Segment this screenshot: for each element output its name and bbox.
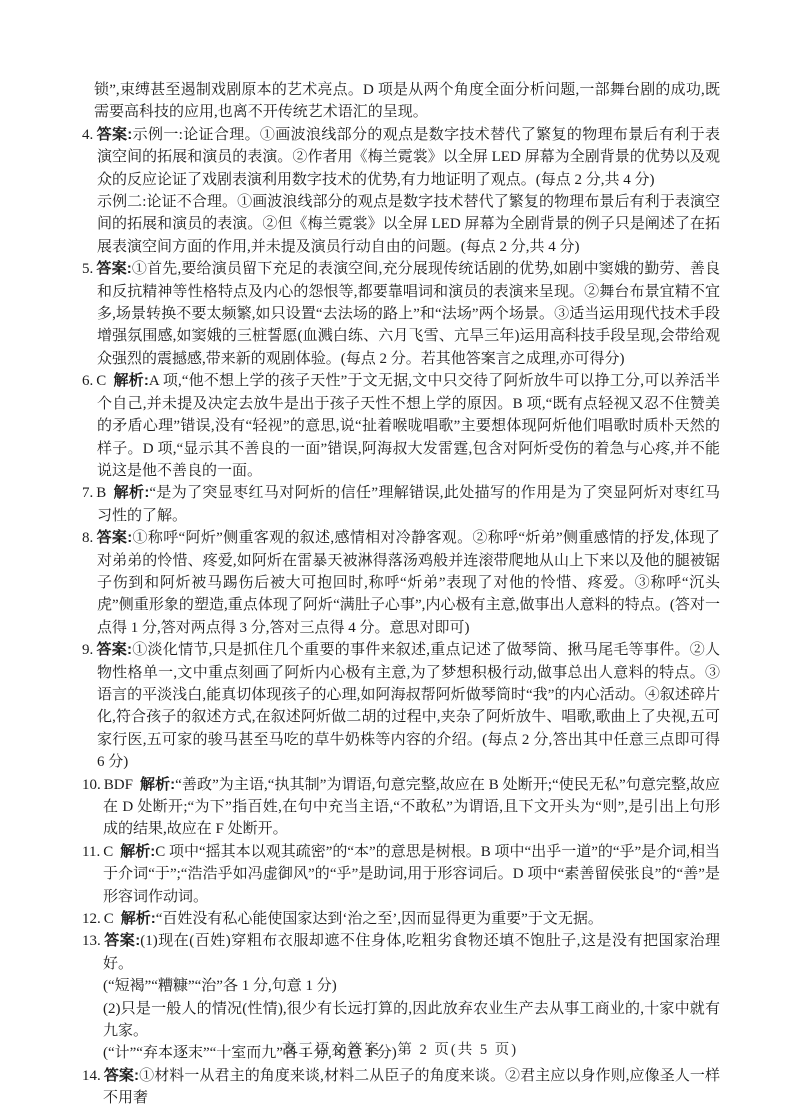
item-4-text-1: 示例一:论证合理。①画波浪线部分的观点是数字技术替代了繁复的物理布景后有利于表演… — [97, 127, 720, 188]
item-13-number: 13. — [82, 933, 101, 949]
item-14-number: 14. — [82, 1068, 101, 1084]
item-6-text-1: A 项,“他不想上学的孩子天性”于文无据,文中只交待了阿炘放牛可以挣工分,可以养… — [97, 373, 720, 479]
item-7: 7.B解析:“是为了突显枣红马对阿炘的信任”理解错误,此处描写的作用是为了突显阿… — [82, 482, 720, 527]
item-7-text-1: “是为了突显枣红马对阿炘的信任”理解错误,此处描写的作用是为了突显阿炘对枣红马习… — [97, 485, 720, 523]
item-7-number: 7. — [82, 485, 93, 501]
item-8-number: 8. — [82, 530, 93, 546]
item-9-label: 答案: — [96, 641, 132, 658]
item-11-label: 解析: — [120, 843, 155, 860]
item-10-text-1: “善政”为主语,“执其制”为谓语,句意完整,故应在 B 处断开;“使民无私”句意… — [103, 777, 720, 838]
page-footer: 高三语文答案 第 2 页(共 5 页) — [0, 1038, 800, 1059]
item-5-para-1: 5.答案:①首先,要给演员留下充足的表演空间,充分展现传统话剧的优势,如剧中窦娥… — [82, 258, 720, 370]
item-4-label: 答案: — [96, 126, 132, 143]
item-8-text-1: ①称呼“阿炘”侧重客观的叙述,感情相对冷静客观。②称呼“炘弟”侧重感情的抒发,体… — [97, 530, 720, 636]
item-9-number: 9. — [82, 642, 93, 658]
item-4-number: 4. — [82, 127, 93, 143]
item-11-answer-letter: C — [103, 844, 113, 860]
item-9: 9.答案:①淡化情节,只是抓住几个重要的事件来叙述,重点记述了做琴筒、揪马尾毛等… — [82, 639, 720, 773]
item-14-text-1: ①材料一从君主的角度来谈,材料二从臣子的角度来谈。②君主应以身作则,应像圣人一样… — [103, 1068, 720, 1106]
item-8-label: 答案: — [96, 529, 132, 546]
item-13-text-1: (1)现在(百姓)穿粗布衣服却遮不住身体,吃粗劣食物还填不饱肚子,这是没有把国家… — [103, 933, 720, 971]
item-5: 5.答案:①首先,要给演员留下充足的表演空间,充分展现传统话剧的优势,如剧中窦娥… — [82, 258, 720, 370]
item-9-para-1: 9.答案:①淡化情节,只是抓住几个重要的事件来叙述,重点记述了做琴筒、揪马尾毛等… — [82, 639, 720, 773]
item-12-text-1: “百姓没有私心能使国家达到‘治之至’,因而显得更为重要”于文无据。 — [156, 911, 603, 927]
item-14-para-1: 14.答案:①材料一从君主的角度来谈,材料二从臣子的角度来谈。②君主应以身作则,… — [82, 1065, 720, 1110]
item-10: 10.BDF解析:“善政”为主语,“执其制”为谓语,句意完整,故应在 B 处断开… — [82, 774, 720, 841]
document-content: 锁”,束缚甚至遏制戏剧原本的艺术亮点。D 项是从两个角度全面分析问题,一部舞台剧… — [82, 79, 720, 1110]
item-12-para-1: 12.C解析:“百姓没有私心能使国家达到‘治之至’,因而显得更为重要”于文无据。 — [82, 908, 720, 930]
item-12-answer-letter: C — [104, 911, 114, 927]
item-7-answer-letter: B — [96, 485, 106, 501]
item-12-label: 解析: — [121, 910, 156, 927]
item-6: 6.C解析:A 项,“他不想上学的孩子天性”于文无据,文中只交待了阿炘放牛可以挣… — [82, 370, 720, 482]
item-6-number: 6. — [82, 373, 93, 389]
item-10-label: 解析: — [140, 776, 175, 793]
item-7-label: 解析: — [113, 484, 149, 501]
item-7-para-1: 7.B解析:“是为了突显枣红马对阿炘的信任”理解错误,此处描写的作用是为了突显阿… — [82, 482, 720, 527]
item-4-para-2: 示例二:论证不合理。①画波浪线部分的观点是数字技术替代了繁复的物理布景后有利于表… — [82, 191, 720, 258]
item-10-answer-letters: BDF — [104, 777, 133, 793]
item-8: 8.答案:①称呼“阿炘”侧重客观的叙述,感情相对冷静客观。②称呼“炘弟”侧重感情… — [82, 527, 720, 639]
item-11-para-1: 11.C解析:C 项中“摇其本以观其疏密”的“本”的意思是树根。B 项中“出乎一… — [82, 841, 720, 908]
item-4-para-1: 4.答案:示例一:论证合理。①画波浪线部分的观点是数字技术替代了繁复的物理布景后… — [82, 124, 720, 191]
item-11-text-1: C 项中“摇其本以观其疏密”的“本”的意思是树根。B 项中“出乎一道”的“乎”是… — [103, 844, 720, 905]
intro-paragraph: 锁”,束缚甚至遏制戏剧原本的艺术亮点。D 项是从两个角度全面分析问题,一部舞台剧… — [82, 79, 720, 124]
item-6-answer-letter: C — [96, 373, 106, 389]
item-13-para-1: 13.答案:(1)现在(百姓)穿粗布衣服却遮不住身体,吃粗劣食物还填不饱肚子,这… — [82, 930, 720, 975]
item-14: 14.答案:①材料一从君主的角度来谈,材料二从臣子的角度来谈。②君主应以身作则,… — [82, 1065, 720, 1110]
item-10-number: 10. — [82, 777, 101, 793]
item-8-para-1: 8.答案:①称呼“阿炘”侧重客观的叙述,感情相对冷静客观。②称呼“炘弟”侧重感情… — [82, 527, 720, 639]
item-4: 4.答案:示例一:论证合理。①画波浪线部分的观点是数字技术替代了繁复的物理布景后… — [82, 124, 720, 258]
item-6-label: 解析: — [113, 372, 149, 389]
item-11-number: 11. — [82, 844, 100, 860]
item-13-para-3: (2)只是一般人的情况(性情),很少有长远打算的,因此放弃农业生产去从事工商业的… — [82, 998, 720, 1043]
item-11: 11.C解析:C 项中“摇其本以观其疏密”的“本”的意思是树根。B 项中“出乎一… — [82, 841, 720, 908]
item-10-para-1: 10.BDF解析:“善政”为主语,“执其制”为谓语,句意完整,故应在 B 处断开… — [82, 774, 720, 841]
item-9-text-1: ①淡化情节,只是抓住几个重要的事件来叙述,重点记述了做琴筒、揪马尾毛等事件。②人… — [97, 642, 720, 770]
item-12-number: 12. — [82, 911, 101, 927]
item-13-para-2: (“短褐”“糟糠”“治”各 1 分,句意 1 分) — [82, 975, 720, 997]
item-5-label: 答案: — [96, 260, 132, 277]
item-6-para-1: 6.C解析:A 项,“他不想上学的孩子天性”于文无据,文中只交待了阿炘放牛可以挣… — [82, 370, 720, 482]
item-12: 12.C解析:“百姓没有私心能使国家达到‘治之至’,因而显得更为重要”于文无据。 — [82, 908, 720, 930]
item-14-label: 答案: — [104, 1067, 139, 1084]
answer-sheet-page: 锁”,束缚甚至遏制戏剧原本的艺术亮点。D 项是从两个角度全面分析问题,一部舞台剧… — [0, 0, 800, 1115]
item-5-text-1: ①首先,要给演员留下充足的表演空间,充分展现传统话剧的优势,如剧中窦娥的勤劳、善… — [97, 261, 720, 367]
item-5-number: 5. — [82, 261, 93, 277]
item-13-label: 答案: — [104, 932, 141, 949]
